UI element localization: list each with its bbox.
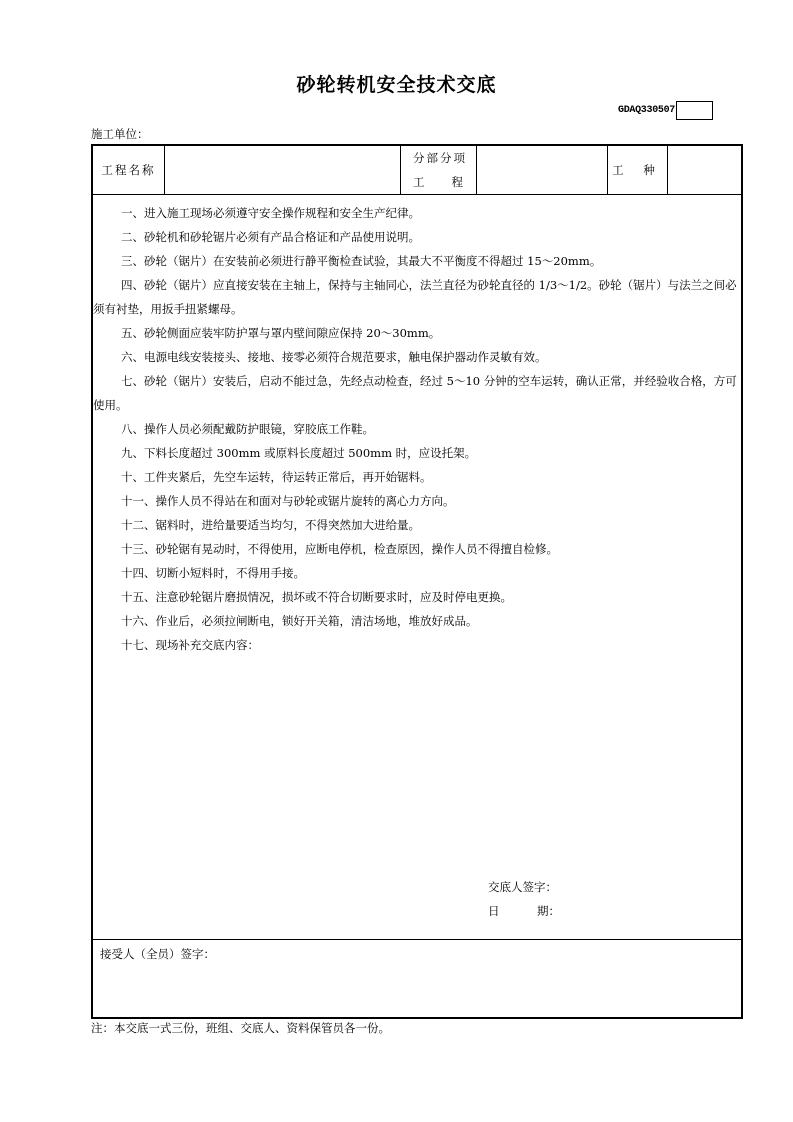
safety-item: 八、操作人员必须配戴防护眼镜，穿胶底工作鞋。 — [93, 417, 741, 441]
safety-item: 三、砂轮（锯片）在安装前必须进行静平衡检查试验，其最大不平衡度不得超过 15～2… — [93, 249, 741, 273]
project-name-label: 工程名称 — [93, 146, 165, 194]
safety-item: 一、进入施工现场必须遵守安全操作规程和安全生产纪律。 — [93, 201, 741, 225]
safety-item: 七、砂轮（锯片）安装后，启动不能过急，先经点动检查，经过 5～10 分钟的空车运… — [93, 369, 741, 417]
safety-item: 十二、锯料时，进给量要适当均匀，不得突然加大进给量。 — [93, 513, 741, 537]
safety-item: 十六、作业后，必须拉闸断电，锁好开关箱，清洁场地，堆放好成品。 — [93, 609, 741, 633]
sub-project-label-line1: 分部分项 — [413, 146, 467, 170]
safety-item: 六、电源电线安装接头、接地、接零必须符合规范要求，触电保护器动作灵敏有效。 — [93, 345, 741, 369]
date-label-a: 日 — [488, 899, 500, 923]
receiver-signature-area[interactable]: 接受人（全员）签字： — [93, 940, 741, 1017]
receiver-signature-label: 接受人（全员）签字： — [100, 946, 215, 962]
safety-item: 十四、切断小短料时，不得用手接。 — [93, 561, 741, 585]
sub-project-label-line2-a: 工 — [413, 170, 425, 194]
sub-project-label-line2: 工 程 — [413, 170, 463, 194]
safety-item: 二、砂轮机和砂轮锯片必须有产品合格证和产品使用说明。 — [93, 225, 741, 249]
safety-items-list: 一、进入施工现场必须遵守安全操作规程和安全生产纪律。 二、砂轮机和砂轮锯片必须有… — [93, 201, 741, 657]
date-label[interactable]: 日 期： — [488, 899, 560, 923]
safety-item: 十三、砂轮锯有晃动时，不得使用，应断电停机，检查原因，操作人员不得擅自检修。 — [93, 537, 741, 561]
work-type-field[interactable] — [668, 146, 741, 194]
disclosure-table: 工程名称 分部分项 工 程 工 种 一、进入施工现场必须遵守安全操作规程和安全生… — [91, 144, 743, 1019]
document-code-area: GDAQ330507 — [618, 101, 713, 120]
sub-project-label: 分部分项 工 程 — [401, 146, 477, 194]
discloser-signature-label[interactable]: 交底人签字： — [488, 875, 560, 899]
safety-item: 十七、现场补充交底内容： — [93, 633, 741, 657]
safety-item: 四、砂轮（锯片）应直接安装在主轴上，保持与主轴同心，法兰直径为砂轮直径的 1/3… — [93, 273, 741, 321]
discloser-signature-block: 交底人签字： 日 期： — [488, 875, 560, 923]
document-code: GDAQ330507 — [618, 105, 675, 116]
construction-unit-label: 施工单位： — [91, 126, 149, 142]
sub-project-field[interactable] — [477, 146, 608, 194]
safety-item: 五、砂轮侧面应装牢防护罩与罩内壁间隙应保持 20～30mm。 — [93, 321, 741, 345]
document-code-box[interactable] — [676, 101, 713, 120]
project-name-field[interactable] — [165, 146, 401, 194]
document-title: 砂轮转机安全技术交底 — [0, 70, 793, 97]
sub-project-label-line2-b: 程 — [452, 170, 464, 194]
disclosure-content: 一、进入施工现场必须遵守安全操作规程和安全生产纪律。 二、砂轮机和砂轮锯片必须有… — [93, 195, 741, 940]
work-type-label: 工 种 — [608, 146, 668, 194]
safety-item: 十五、注意砂轮锯片磨损情况，损坏或不符合切断要求时，应及时停电更换。 — [93, 585, 741, 609]
footer-note: 注：本交底一式三份，班组、交底人、资料保管员各一份。 — [91, 1020, 390, 1036]
safety-item: 九、下料长度超过 300mm 或原料长度超过 500mm 时，应设托架。 — [93, 441, 741, 465]
date-label-b: 期： — [537, 899, 560, 923]
safety-item: 十、工件夹紧后，先空车运转，待运转正常后，再开始锯料。 — [93, 465, 741, 489]
header-row: 工程名称 分部分项 工 程 工 种 — [93, 146, 741, 195]
safety-item: 十一、操作人员不得站在和面对与砂轮或锯片旋转的离心力方向。 — [93, 489, 741, 513]
